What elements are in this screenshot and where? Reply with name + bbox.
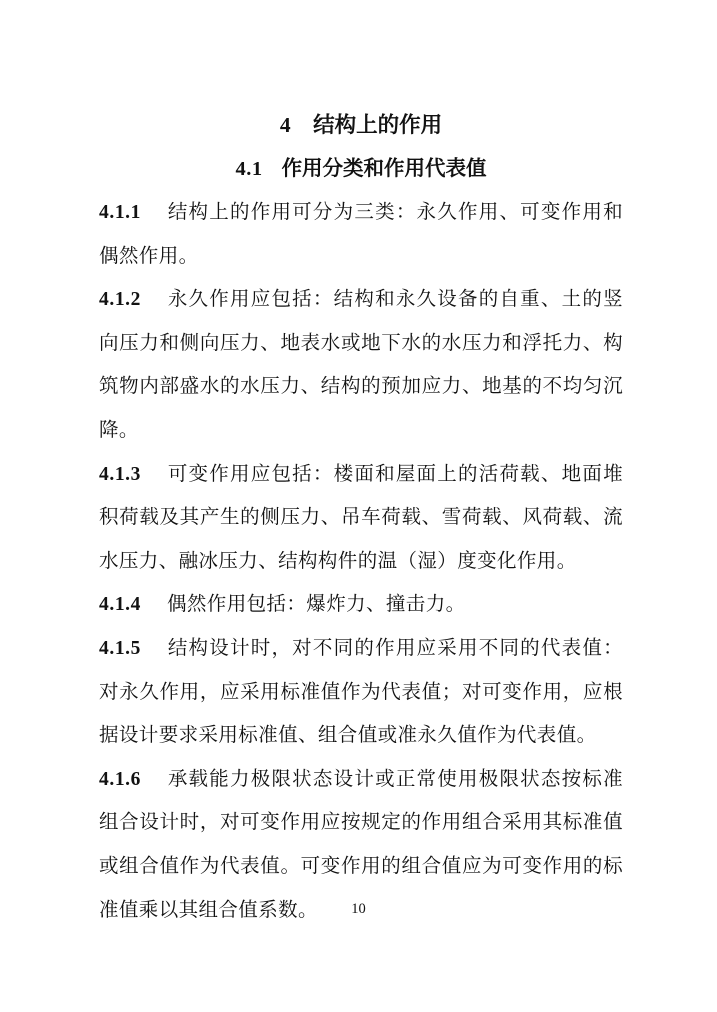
clause-4-1-2: 4.1.2永久作用应包括：结构和永久设备的自重、土的竖向压力和侧向压力、地表水或… bbox=[99, 278, 623, 452]
clause-number: 4.1.4 bbox=[99, 594, 141, 615]
clause-text: 偶然作用包括：爆炸力、撞击力。 bbox=[167, 594, 466, 615]
document-page: 4结构上的作用 4.1作用分类和作用代表值 4.1.1结构上的作用可分为三类：永… bbox=[0, 0, 717, 1012]
clause-text: 结构设计时，对不同的作用应采用不同的代表值：对永久作用，应采用标准值作为代表值；… bbox=[99, 638, 623, 746]
clause-text: 可变作用应包括：楼面和屋面上的活荷载、地面堆积荷载及其产生的侧压力、吊车荷载、雪… bbox=[99, 464, 623, 572]
clause-text: 结构上的作用可分为三类：永久作用、可变作用和偶然作用。 bbox=[99, 202, 623, 267]
clause-number: 4.1.6 bbox=[99, 769, 141, 790]
clause-number: 4.1.1 bbox=[99, 202, 141, 223]
clause-4-1-1: 4.1.1结构上的作用可分为三类：永久作用、可变作用和偶然作用。 bbox=[99, 191, 623, 278]
clause-number: 4.1.3 bbox=[99, 464, 141, 485]
chapter-title-text: 结构上的作用 bbox=[313, 113, 442, 137]
clause-4-1-3: 4.1.3可变作用应包括：楼面和屋面上的活荷载、地面堆积荷载及其产生的侧压力、吊… bbox=[99, 453, 623, 584]
section-title: 4.1作用分类和作用代表值 bbox=[99, 148, 623, 192]
clause-number: 4.1.2 bbox=[99, 289, 141, 310]
chapter-title: 4结构上的作用 bbox=[99, 104, 623, 148]
clause-4-1-5: 4.1.5结构设计时，对不同的作用应采用不同的代表值：对永久作用，应采用标准值作… bbox=[99, 627, 623, 758]
page-number: 10 bbox=[0, 898, 717, 920]
chapter-number: 4 bbox=[280, 113, 291, 137]
section-number: 4.1 bbox=[235, 158, 262, 180]
clause-number: 4.1.5 bbox=[99, 638, 141, 659]
section-title-text: 作用分类和作用代表值 bbox=[282, 158, 487, 180]
clause-4-1-4: 4.1.4偶然作用包括：爆炸力、撞击力。 bbox=[99, 583, 623, 627]
clause-text: 永久作用应包括：结构和永久设备的自重、土的竖向压力和侧向压力、地表水或地下水的水… bbox=[99, 289, 623, 441]
